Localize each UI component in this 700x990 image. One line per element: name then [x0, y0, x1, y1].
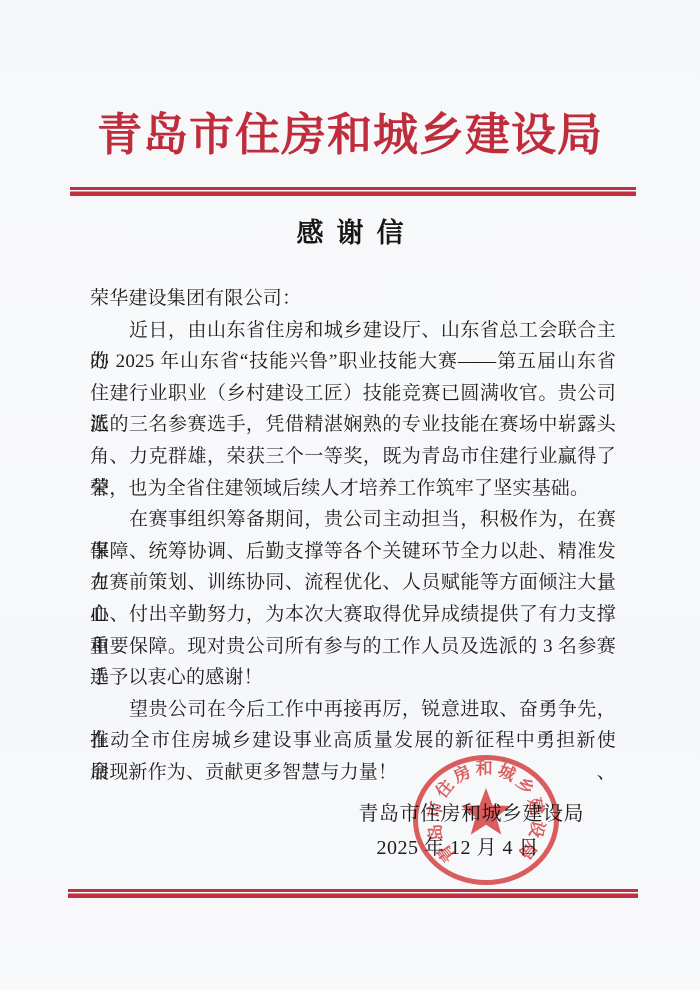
letter-body: 荣华建设集团有限公司： 近日，由山东省住房和城乡建设厅、山东省总工会联合主办 的…: [90, 283, 616, 789]
signature-org-name: 青岛市住房和城乡建设局: [359, 802, 585, 826]
signature-date: 2025 年 12 月 4 日: [377, 836, 540, 860]
scanned-letter-page: 青岛市住房和城乡建设局 感谢信 荣华建设集团有限公司： 近日，由山东省住房和城乡…: [0, 0, 700, 990]
body-line: 保障、统筹协调、后勤支撑等各个关键环节全力以赴、精准发力；: [90, 536, 616, 568]
body-line: 望贵公司在今后工作中再接再厉，锐意进取、奋勇争先，在: [90, 694, 616, 726]
letterhead-rule: [70, 187, 636, 196]
body-line: 在赛前策划、训练协同、流程优化、人员赋能等方面倾注大量心: [90, 567, 616, 599]
footer-rule: [68, 889, 638, 898]
body-line: 誉，也为全省住建领域后续人才培养工作筑牢了坚实基础。: [90, 473, 616, 505]
body-line: 角、力克群雄，荣获三个一等奖，既为青岛市住建行业赢得了荣: [90, 441, 616, 473]
salutation-line: 荣华建设集团有限公司：: [90, 283, 616, 315]
letterhead-org-name: 青岛市住房和城乡建设局: [0, 102, 700, 168]
body-line: 重要保障。现对贵公司所有参与的工作人员及选派的 3 名参赛选: [90, 631, 616, 663]
body-line: 推动全市住房城乡建设事业高质量发展的新征程中勇担新使命、: [90, 725, 616, 757]
body-line: 住建行业职业（乡村建设工匠）技能竞赛已圆满收官。贵公司选: [90, 378, 616, 410]
body-line: 在赛事组织筹备期间，贵公司主动担当，积极作为，在赛事: [90, 504, 616, 536]
body-line: 派的三名参赛选手，凭借精湛娴熟的专业技能在赛场中崭露头: [90, 409, 616, 441]
body-line: 的 2025 年山东省“技能兴鲁”职业技能大赛——第五届山东省: [90, 346, 616, 378]
body-line: 手予以衷心的感谢！: [90, 662, 616, 694]
document-title: 感谢信: [0, 217, 700, 249]
body-line: 近日，由山东省住房和城乡建设厅、山东省总工会联合主办: [90, 315, 616, 347]
body-line: 血、付出辛勤努力，为本次大赛取得优异成绩提供了有力支撑和: [90, 599, 616, 631]
